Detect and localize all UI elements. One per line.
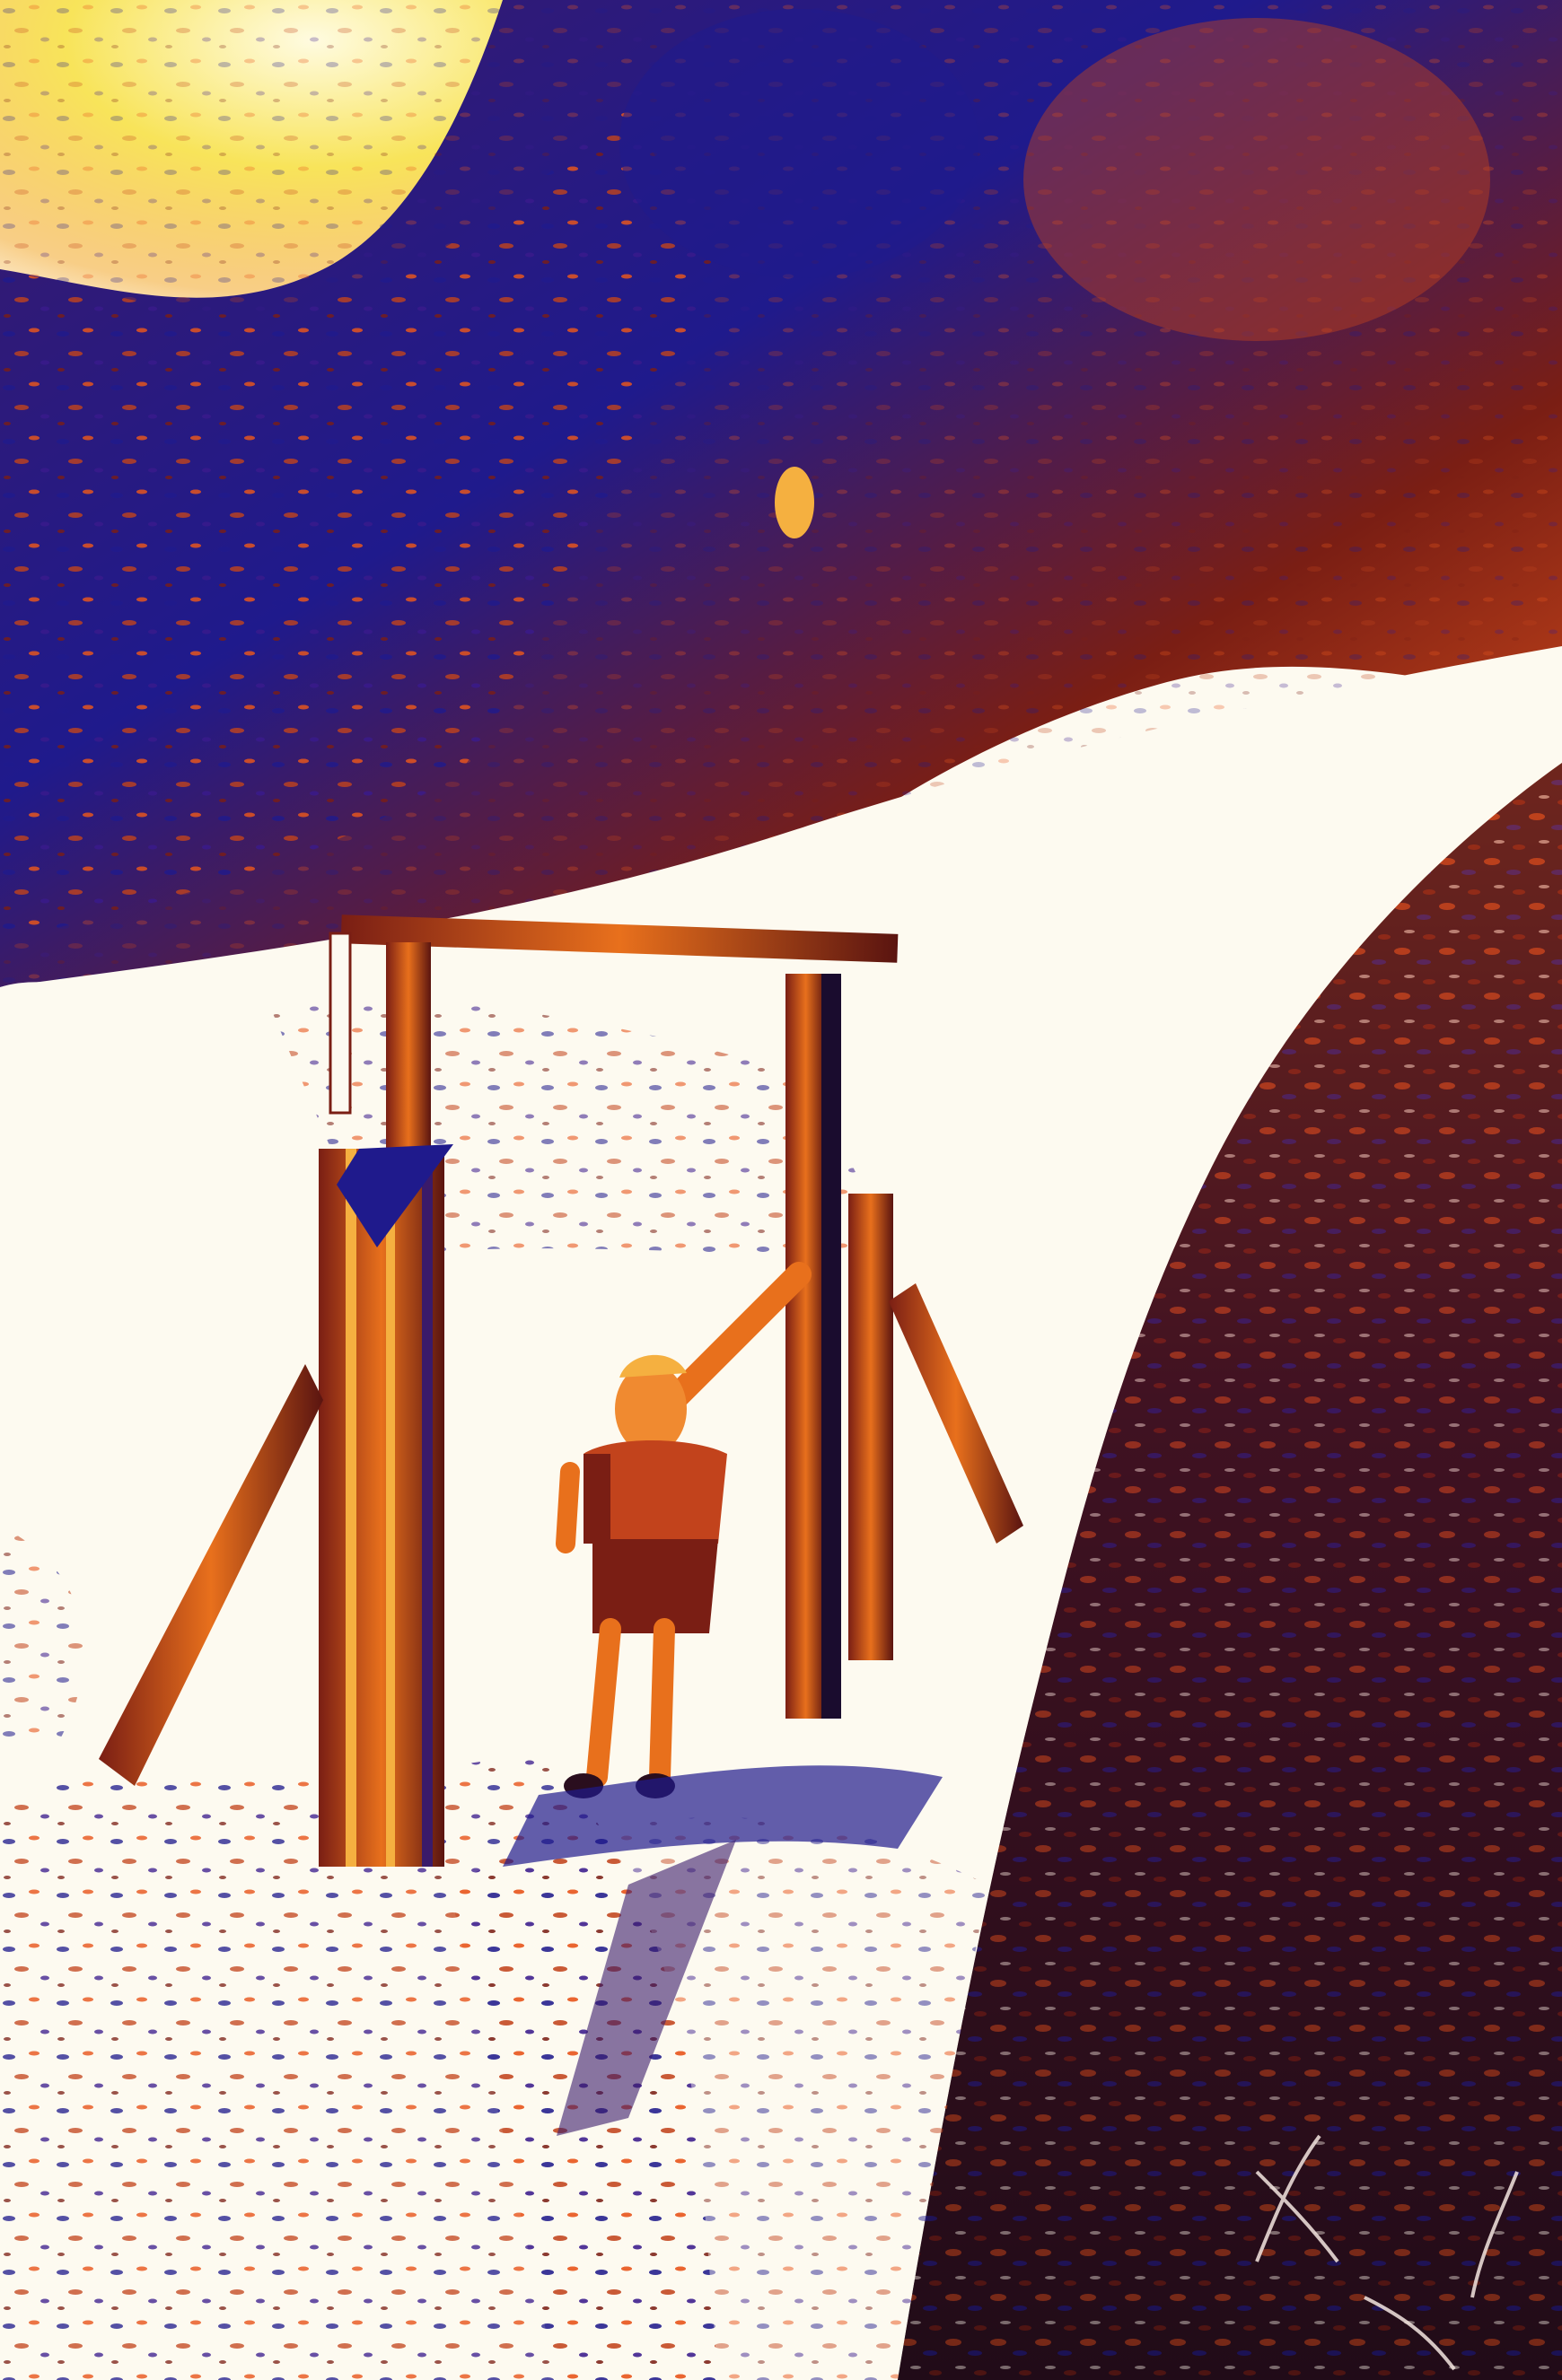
painting-canvas	[0, 0, 1562, 2380]
painting	[0, 0, 1562, 2380]
